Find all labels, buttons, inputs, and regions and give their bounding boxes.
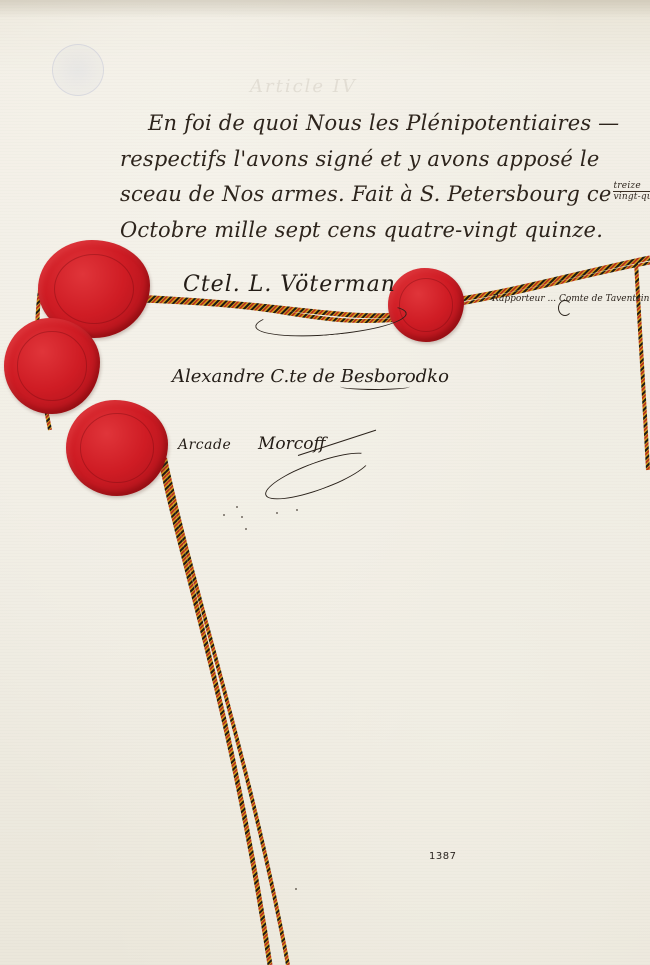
signature-3-first: Arcade: [178, 437, 231, 453]
folio-number: 1387: [429, 851, 456, 862]
signature-2-flourish: [340, 383, 410, 390]
document-page: Article IV En foi de quoi Nous les Pléni…: [0, 0, 650, 965]
signature-4-flourish: [558, 300, 572, 316]
signature-3-last: Morcoff: [258, 434, 326, 454]
signature-1: Ctel. L. Vöterman: [183, 272, 396, 297]
